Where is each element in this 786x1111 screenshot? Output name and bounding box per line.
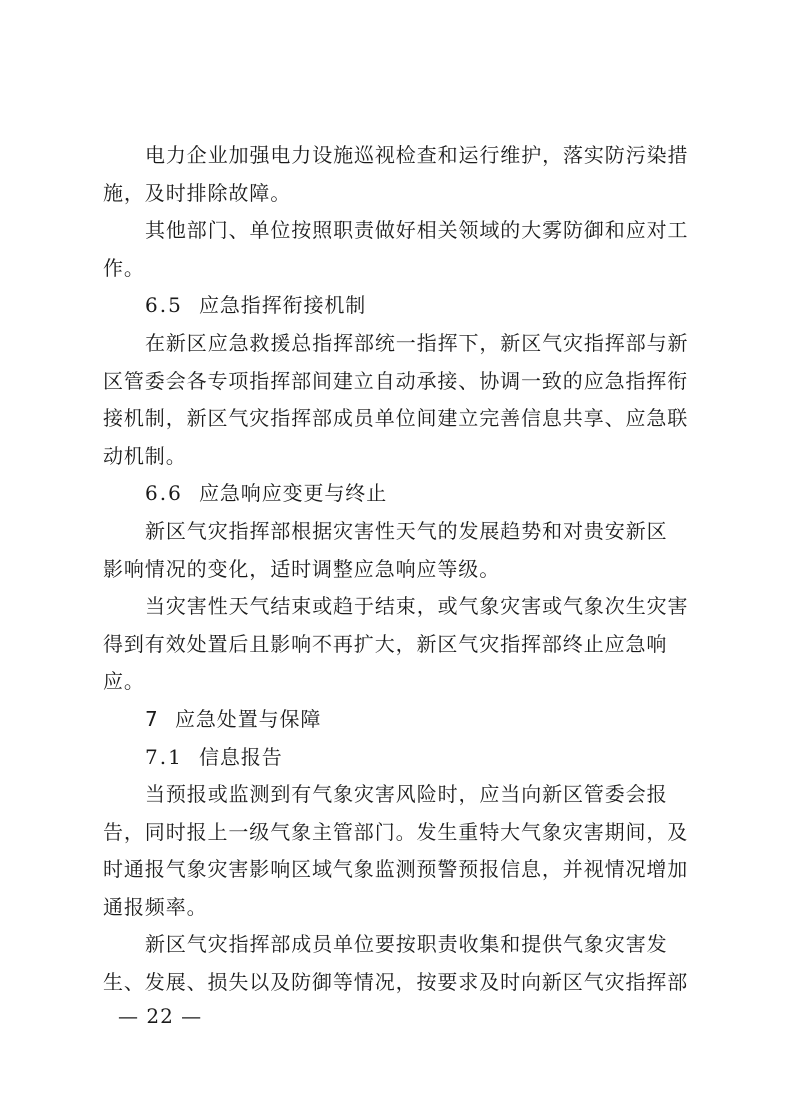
section-heading-6-5: 6.5应急指挥衔接机制 <box>103 287 693 325</box>
section-number: 6.6 <box>145 475 199 513</box>
paragraph-line: 在新区应急救援总指挥部统一指挥下，新区气灾指挥部与新 <box>103 325 693 363</box>
paragraph-line: 区管委会各专项指挥部间建立自动承接、协调一致的应急指挥衔 <box>103 363 693 401</box>
section-number: 7 <box>145 701 175 739</box>
paragraph-line: 接机制，新区气灾指挥部成员单位间建立完善信息共享、应急联 <box>103 400 693 438</box>
paragraph-line: 作。 <box>103 250 693 288</box>
paragraph-line: 动机制。 <box>103 438 693 476</box>
section-heading-6-6: 6.6应急响应变更与终止 <box>103 475 693 513</box>
paragraph-line: 通报频率。 <box>103 889 693 927</box>
paragraph-line: 当预报或监测到有气象灾害风险时，应当向新区管委会报 <box>103 776 693 814</box>
section-title: 应急处置与保障 <box>175 707 321 731</box>
section-title: 应急指挥衔接机制 <box>199 293 366 317</box>
section-title: 应急响应变更与终止 <box>199 481 387 505</box>
paragraph-line: 新区气灾指挥部成员单位要按职责收集和提供气象灾害发 <box>103 926 693 964</box>
section-heading-7-1: 7.1信息报告 <box>103 739 693 777</box>
paragraph-line: 新区气灾指挥部根据灾害性天气的发展趋势和对贵安新区 <box>103 513 693 551</box>
section-heading-7: 7应急处置与保障 <box>103 701 693 739</box>
paragraph-line: 当灾害性天气结束或趋于结束，或气象灾害或气象次生灾害 <box>103 588 693 626</box>
section-number: 6.5 <box>145 287 199 325</box>
paragraph-line: 其他部门、单位按照职责做好相关领域的大雾防御和应对工 <box>103 212 693 250</box>
page-number: — 22 — <box>118 1004 202 1028</box>
paragraph-line: 电力企业加强电力设施巡视检查和运行维护，落实防污染措 <box>103 137 693 175</box>
section-number: 7.1 <box>145 739 199 777</box>
document-page: 电力企业加强电力设施巡视检查和运行维护，落实防污染措 施，及时排除故障。 其他部… <box>103 137 693 1002</box>
paragraph-line: 时通报气象灾害影响区域气象监测预警预报信息，并视情况增加 <box>103 851 693 889</box>
paragraph-line: 得到有效处置后且影响不再扩大，新区气灾指挥部终止应急响 <box>103 626 693 664</box>
paragraph-line: 应。 <box>103 663 693 701</box>
section-title: 信息报告 <box>199 745 283 769</box>
paragraph-line: 施，及时排除故障。 <box>103 175 693 213</box>
paragraph-line: 告，同时报上一级气象主管部门。发生重特大气象灾害期间，及 <box>103 814 693 852</box>
paragraph-line: 生、发展、损失以及防御等情况，按要求及时向新区气灾指挥部 <box>103 964 693 1002</box>
paragraph-line: 影响情况的变化，适时调整应急响应等级。 <box>103 551 693 589</box>
